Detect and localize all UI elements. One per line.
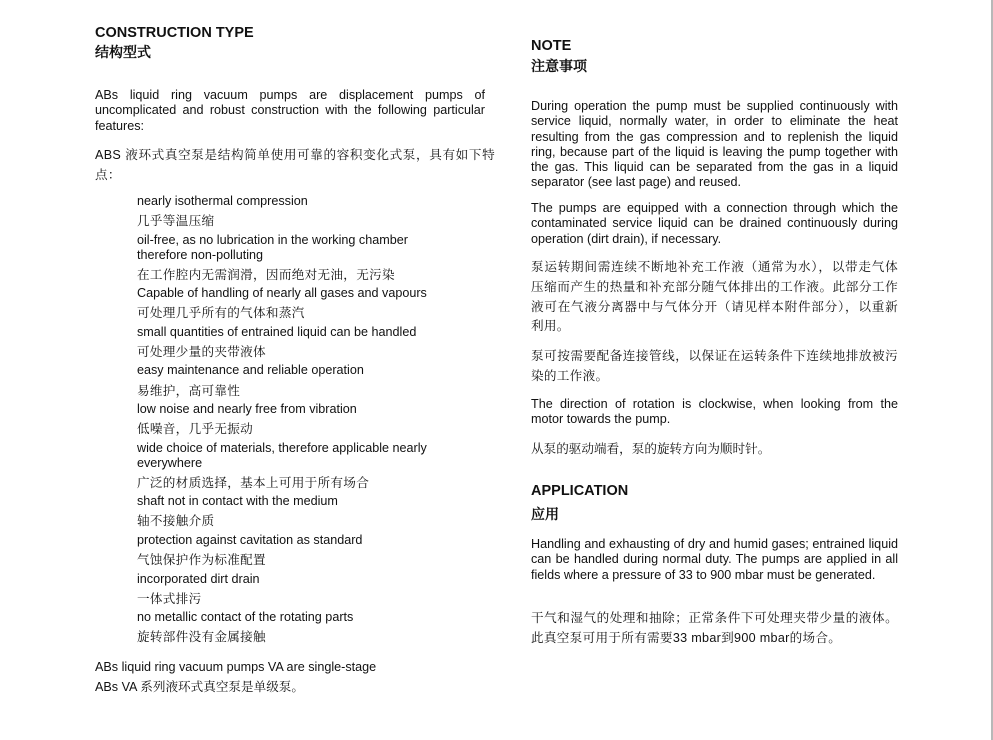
closing-line-zh: ABs VA 系列液环式真空泵是单级泵。 [95, 679, 304, 695]
intro-paragraph-zh: ABS 液环式真空泵是结构简单使用可靠的容积变化式泵，具有如下特点： [95, 146, 495, 186]
feature-item-en: wide choice of materials, therefore appl… [137, 441, 452, 472]
feature-item-zh: 低噪音，几乎无振动 [137, 421, 253, 437]
note-paragraph-1-en: During operation the pump must be suppli… [531, 99, 898, 191]
note-paragraph-2-zh: 泵可按需要配备连接管线，以保证在运转条件下连续地排放被污染的工作液。 [531, 347, 898, 387]
application-paragraph-en: Handling and exhausting of dry and humid… [531, 537, 898, 583]
closing-line-en: ABs liquid ring vacuum pumps VA are sing… [95, 659, 376, 675]
feature-item-en: no metallic contact of the rotating part… [137, 610, 457, 625]
heading-note-zh: 注意事项 [531, 58, 587, 75]
feature-item-en: incorporated dirt drain [137, 572, 457, 587]
feature-item-zh: 一体式排污 [137, 591, 201, 607]
feature-item-en: small quantities of entrained liquid can… [137, 325, 457, 340]
feature-item-en: low noise and nearly free from vibration [137, 402, 457, 417]
feature-item-zh: 可处理几乎所有的气体和蒸汽 [137, 305, 305, 321]
feature-item-en: shaft not in contact with the medium [137, 494, 457, 509]
heading-application-en: APPLICATION [531, 483, 628, 500]
rotation-paragraph-en: The direction of rotation is clockwise, … [531, 397, 898, 428]
heading-construction-type-en: CONSTRUCTION TYPE [95, 25, 254, 42]
feature-item-en: easy maintenance and reliable operation [137, 363, 457, 378]
feature-item-en: nearly isothermal compression [137, 194, 457, 209]
feature-item-zh: 易维护，高可靠性 [137, 383, 240, 399]
heading-construction-type-zh: 结构型式 [95, 44, 151, 61]
feature-item-zh: 可处理少量的夹带液体 [137, 344, 266, 360]
feature-item-en: Capable of handling of nearly all gases … [137, 286, 457, 301]
heading-note-en: NOTE [531, 38, 571, 55]
rotation-paragraph-zh: 从泵的驱动端看，泵的旋转方向为顺时针。 [531, 441, 770, 457]
feature-item-en: oil-free, as no lubrication in the worki… [137, 233, 437, 264]
feature-item-zh: 广泛的材质选择，基本上可用于所有场合 [137, 475, 369, 491]
feature-item-en: protection against cavitation as standar… [137, 533, 457, 548]
note-paragraph-2-en: The pumps are equipped with a connection… [531, 201, 898, 247]
note-paragraph-1-zh: 泵运转期间需连续不断地补充工作液（通常为水），以带走气体压缩而产生的热量和补充部… [531, 258, 898, 337]
feature-item-zh: 在工作腔内无需润滑，因而绝对无油，无污染 [137, 267, 395, 283]
feature-item-zh: 轴不接触介质 [137, 513, 214, 529]
heading-application-zh: 应用 [531, 506, 559, 523]
feature-item-zh: 气蚀保护作为标准配置 [137, 552, 266, 568]
intro-paragraph-en: ABs liquid ring vacuum pumps are displac… [95, 88, 485, 134]
application-paragraph-zh: 干气和湿气的处理和抽除；正常条件下可处理夹带少量的液体。此真空泵可用于所有需要3… [531, 609, 898, 649]
feature-item-zh: 旋转部件没有金属接触 [137, 629, 266, 645]
feature-item-zh: 几乎等温压缩 [137, 213, 214, 229]
